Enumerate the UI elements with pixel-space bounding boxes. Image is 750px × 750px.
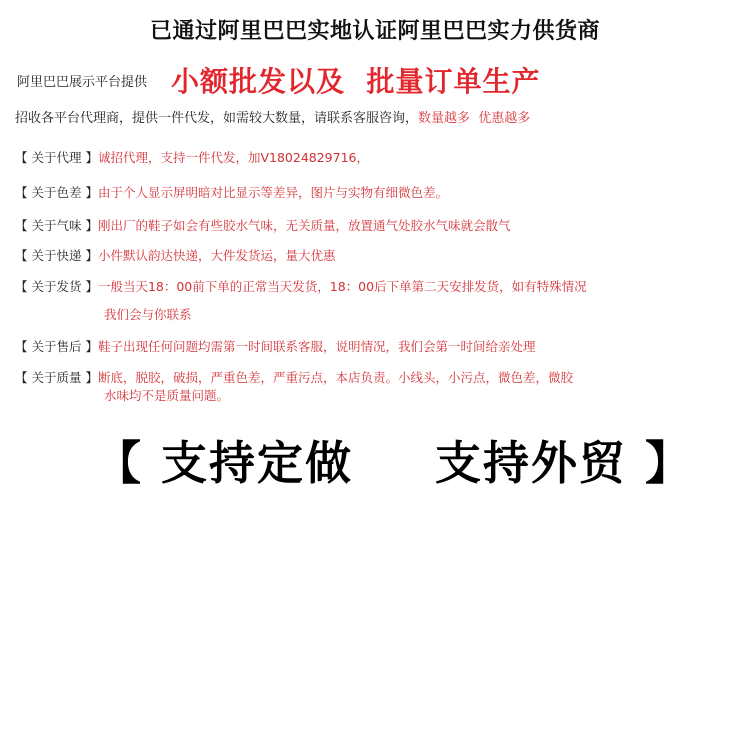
banner-trade: 支持外贸 】 — [435, 436, 693, 490]
section-quality: 【 关于质量 】断底，脱胶，破损，严重色差，严重污点，本店负责。小线头，小污点，… — [15, 368, 573, 404]
section-smell: 【 关于气味 】刚出厂的鞋子如会有些胶水气味，无关质量，放置通气处胶水气味就会散… — [15, 216, 510, 234]
banner-custom: 【 支持定做 — [95, 436, 353, 490]
section-text: 刚出厂的鞋子如会有些胶水气味，无关质量，放置通气处胶水气味就会散气 — [98, 218, 511, 233]
section-label: 【 关于气味 】 — [15, 218, 98, 233]
section-agency: 【 关于代理 】诚招代理，支持一件代发，加V18024829716， — [15, 148, 369, 166]
support-banner: 【 支持定做支持外贸 】 — [95, 427, 693, 493]
recruit-highlight: 数量越多 优惠越多 — [418, 111, 530, 126]
section-express: 【 关于快递 】小件默认韵达快递，大件发货运，量大优惠 — [15, 246, 335, 264]
section-continuation: 水味均不是质量问题。 — [15, 386, 573, 404]
section-label: 【 关于代理 】 — [15, 150, 98, 165]
recruit-line: 招收各平台代理商，提供一件代发，如需较大数量，请联系客服咨询，数量越多 优惠越多 — [15, 107, 530, 126]
section-continuation: 我们会与你联系 — [15, 305, 587, 323]
section-after-sales: 【 关于售后 】鞋子出现任何问题均需第一时间联系客服，说明情况，我们会第一时间给… — [15, 337, 535, 355]
section-shipping: 【 关于发货 】一般当天18：00前下单的正常当天发货，18：00后下单第二天安… — [15, 277, 587, 323]
headline: 小额批发以及 批量订单生产 — [171, 60, 541, 100]
section-text: 断底，脱胶，破损，严重色差，严重污点，本店负责。小线头，小污点，微色差，微胶 — [98, 370, 573, 385]
section-label: 【 关于售后 】 — [15, 339, 98, 354]
section-label: 【 关于发货 】 — [15, 279, 98, 294]
platform-label: 阿里巴巴展示平台提供 — [17, 71, 147, 90]
section-label: 【 关于快递 】 — [15, 248, 98, 263]
section-color-difference: 【 关于色差 】由于个人显示屏明暗对比显示等差异，图片与实物有细微色差。 — [15, 183, 448, 201]
section-text: 诚招代理，支持一件代发，加V18024829716， — [98, 150, 369, 165]
section-text: 小件默认韵达快递，大件发货运，量大优惠 — [98, 248, 336, 263]
page-title: 已通过阿里巴巴实地认证阿里巴巴实力供货商 — [0, 14, 750, 45]
section-text: 一般当天18：00前下单的正常当天发货，18：00后下单第二天安排发货，如有特殊… — [98, 279, 587, 294]
section-label: 【 关于质量 】 — [15, 370, 98, 385]
section-text: 由于个人显示屏明暗对比显示等差异，图片与实物有细微色差。 — [98, 185, 448, 200]
section-label: 【 关于色差 】 — [15, 185, 98, 200]
recruit-text: 招收各平台代理商，提供一件代发，如需较大数量，请联系客服咨询， — [15, 111, 418, 126]
section-text: 鞋子出现任何问题均需第一时间联系客服，说明情况，我们会第一时间给亲处理 — [98, 339, 536, 354]
